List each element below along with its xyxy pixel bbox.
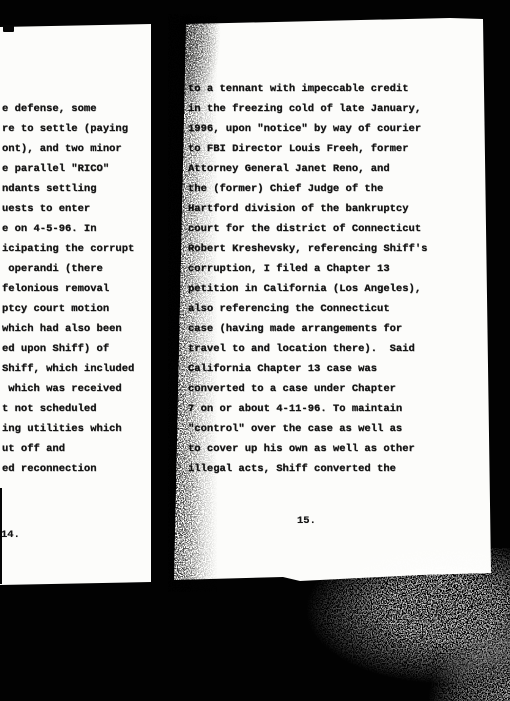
text-line: which had also been: [2, 319, 134, 339]
text-line: operandi (there: [2, 259, 134, 279]
text-line: ing utilities which: [2, 419, 134, 439]
corner-speckle-noise: [412, 598, 510, 701]
text-line: travel to and location there). Said: [188, 339, 427, 359]
text-line: also referencing the Connecticut: [188, 299, 427, 319]
text-line: ptcy court motion: [2, 299, 134, 319]
text-line: felonious removal: [2, 279, 134, 299]
left-page-text: e defense, somere to settle (payingont),…: [2, 99, 134, 479]
text-line: ont), and two minor: [2, 139, 134, 159]
text-line: Attorney General Janet Reno, and: [188, 159, 427, 179]
text-line: to a tennant with impeccable credit: [188, 79, 427, 99]
text-line: "control" over the case as well as: [188, 419, 427, 439]
scan-edge-line: [0, 488, 2, 584]
text-line: Hartford division of the bankruptcy: [188, 199, 427, 219]
text-line: court for the district of Connecticut: [188, 219, 427, 239]
text-line: icipating the corrupt: [2, 239, 134, 259]
text-line: uests to enter: [2, 199, 134, 219]
scanned-document: e defense, somere to settle (payingont),…: [0, 0, 510, 701]
scan-artifact-mark: [3, 25, 14, 32]
text-line: ut off and: [2, 439, 134, 459]
text-line: converted to a case under Chapter: [188, 379, 427, 399]
text-line: 1996, upon "notice" by way of courier: [188, 119, 427, 139]
text-line: case (having made arrangements for: [188, 319, 427, 339]
text-line: Robert Kreshevsky, referencing Shiff's: [188, 239, 427, 259]
text-line: to cover up his own as well as other: [188, 439, 427, 459]
text-line: re to settle (paying: [2, 119, 134, 139]
left-page-number: 14.: [1, 529, 20, 541]
text-line: ndants settling: [2, 179, 134, 199]
text-line: e parallel "RICO": [2, 159, 134, 179]
text-line: the (former) Chief Judge of the: [188, 179, 427, 199]
text-line: e on 4-5-96. In: [2, 219, 134, 239]
text-line: e defense, some: [2, 99, 134, 119]
text-line: ed reconnection: [2, 459, 134, 479]
text-line: to FBI Director Louis Freeh, former: [188, 139, 427, 159]
text-line: California Chapter 13 case was: [188, 359, 427, 379]
text-line: ed upon Shiff) of: [2, 339, 134, 359]
right-page-text: to a tennant with impeccable creditin th…: [188, 79, 427, 479]
text-line: petition in California (Los Angeles),: [188, 279, 427, 299]
text-line: illegal acts, Shiff converted the: [188, 459, 427, 479]
right-page-number: 15.: [297, 515, 316, 527]
text-line: 7 on or about 4-11-96. To maintain: [188, 399, 427, 419]
text-line: in the freezing cold of late January,: [188, 99, 427, 119]
text-line: which was received: [2, 379, 134, 399]
text-line: t not scheduled: [2, 399, 134, 419]
text-line: corruption, I filed a Chapter 13: [188, 259, 427, 279]
text-line: Shiff, which included: [2, 359, 134, 379]
